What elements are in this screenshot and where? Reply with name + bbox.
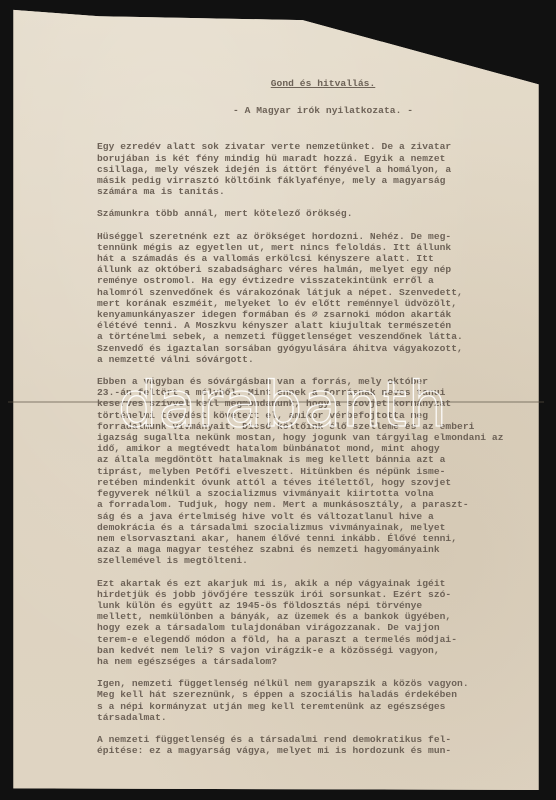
scan-stage: Gond és hitvallás. - A Magyar irók nyila… [0,0,556,800]
paragraph-heritage: Számunkra több annál, mert kötelező örök… [97,208,527,219]
document-title: Gond és hitvallás. [97,78,527,89]
paragraph-october: Ebben a vágyban és sóvárgásban van a for… [97,376,527,566]
paragraph-intro: Egy ezredév alatt sok zivatar verte nemz… [97,141,527,197]
paragraph-aims: Ezt akartak és ezt akarjuk mi is, akik a… [97,578,527,668]
paragraph-closing: A nemzeti függetlenség és a társadalmi r… [97,734,527,756]
paragraph-loyalty: Hüséggel szeretnénk ezt az örökséget hor… [97,231,527,365]
document-body: Gond és hitvallás. - A Magyar irók nyila… [97,78,527,767]
document-subtitle: - A Magyar irók nyilatkozata. - [97,105,527,116]
paragraph-independence: Igen, nemzeti függetlenség nélkül nem gy… [97,678,527,723]
